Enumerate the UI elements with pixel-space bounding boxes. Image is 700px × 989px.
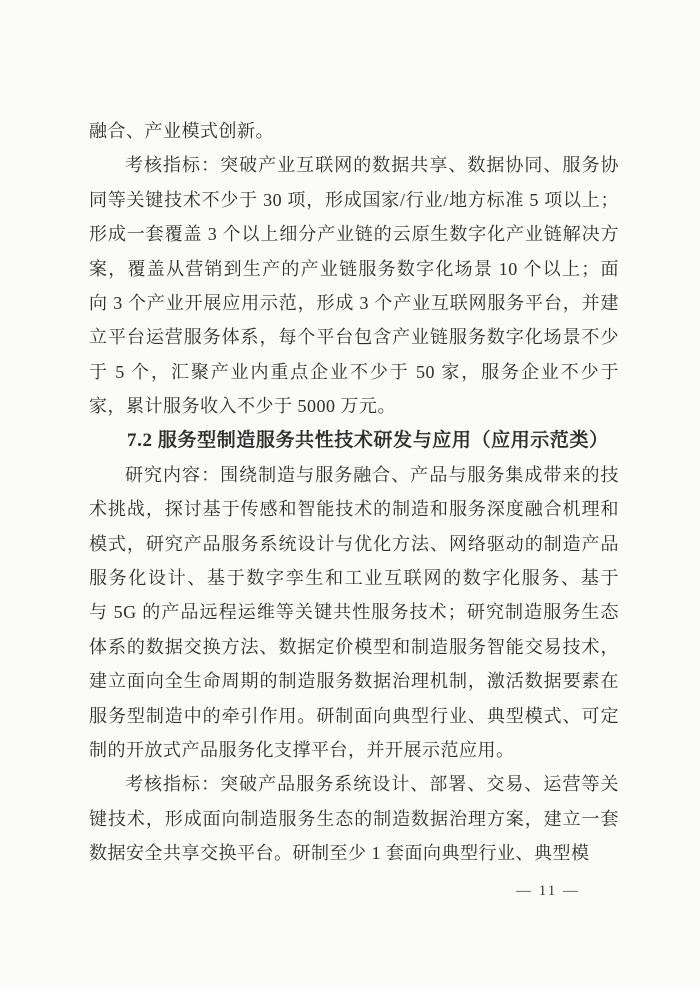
text-line: 数据安全共享交换平台。研制至少 1 套面向典型行业、典型模式、 (89, 836, 619, 870)
text-line: 术挑战，探讨基于传感和智能技术的制造和服务深度融合机理和 (89, 492, 619, 526)
text-line: 考核指标：突破产业互联网的数据共享、数据协同、服务协 (89, 148, 619, 182)
text-line: 于 5 个，汇聚产业内重点企业不少于 50 家，服务企业不少于 1000 (89, 355, 619, 389)
text-line: 体系的数据交换方法、数据定价模型和制造服务智能交易技术， (89, 630, 619, 664)
text-line: 案，覆盖从营销到生产的产业链服务数字化场景 10 个以上；面 (89, 252, 619, 286)
text-line: 向 3 个产业开展应用示范，形成 3 个产业互联网服务平台，并建 (89, 286, 619, 320)
document-body: 融合、产业模式创新。考核指标：突破产业互联网的数据共享、数据协同、服务协同等关键… (89, 114, 619, 871)
text-line: 键技术，形成面向制造服务生态的制造数据治理方案，建立一套 (89, 802, 619, 836)
text-line: 服务化设计、基于数字孪生和工业互联网的数字化服务、基于 IoT (89, 561, 619, 595)
text-line: 立平台运营服务体系，每个平台包含产业链服务数字化场景不少 (89, 320, 619, 354)
text-line: 考核指标：突破产品服务系统设计、部署、交易、运营等关 (89, 767, 619, 801)
text-line: 融合、产业模式创新。 (89, 114, 619, 148)
text-line: 服务型制造中的牵引作用。研制面向典型行业、典型模式、可定 (89, 699, 619, 733)
text-line: 形成一套覆盖 3 个以上细分产业链的云原生数字化产业链解决方 (89, 217, 619, 251)
text-line: 模式，研究产品服务系统设计与优化方法、网络驱动的制造产品 (89, 527, 619, 561)
text-line: 家，累计服务收入不少于 5000 万元。 (89, 389, 619, 423)
text-line: 建立面向全生命周期的制造服务数据治理机制，激活数据要素在 (89, 664, 619, 698)
section-heading: 7.2 服务型制造服务共性技术研发与应用（应用示范类） (89, 424, 619, 458)
page-number: — 11 — (516, 883, 580, 900)
text-line: 与 5G 的产品远程运维等关键共性服务技术；研究制造服务生态 (89, 595, 619, 629)
document-page: 融合、产业模式创新。考核指标：突破产业互联网的数据共享、数据协同、服务协同等关键… (0, 0, 700, 989)
text-line: 同等关键技术不少于 30 项，形成国家/行业/地方标准 5 项以上； (89, 183, 619, 217)
text-line: 研究内容：围绕制造与服务融合、产品与服务集成带来的技 (89, 458, 619, 492)
text-line: 制的开放式产品服务化支撑平台，并开展示范应用。 (89, 733, 619, 767)
